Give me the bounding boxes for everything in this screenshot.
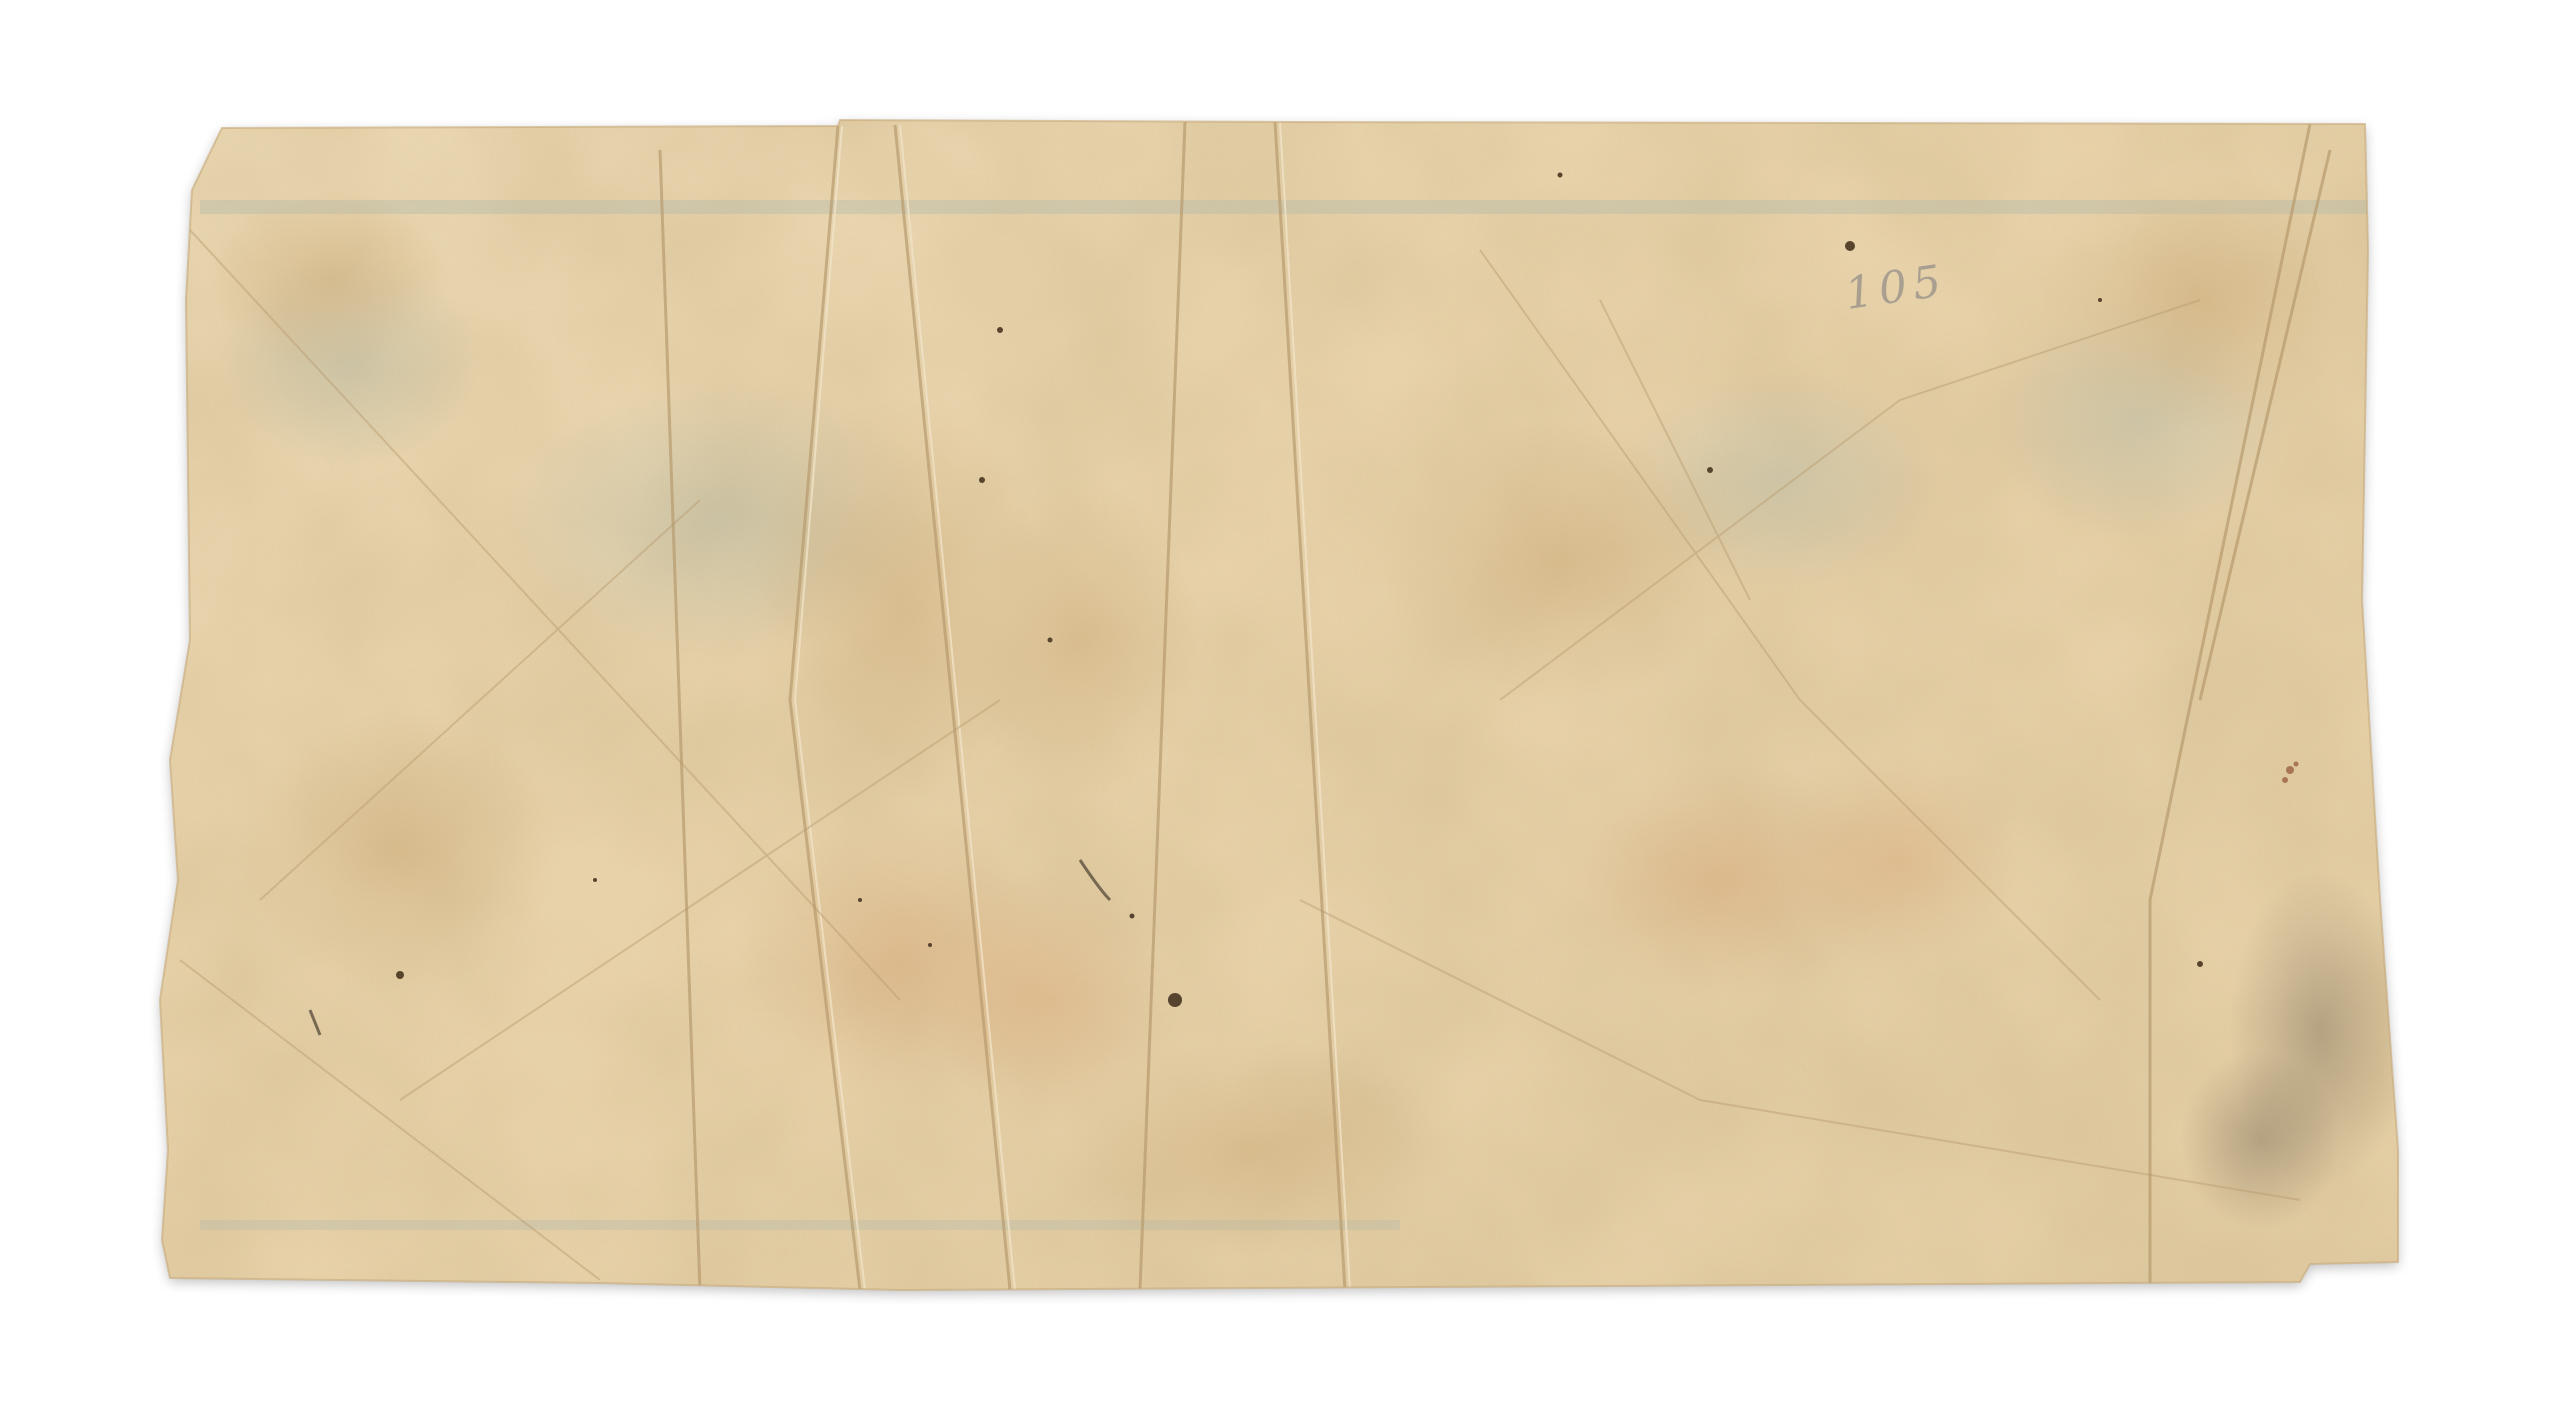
photo-stage: 105 Reverse side of an aged, creased pap… xyxy=(0,0,2560,1418)
aged-paper-note xyxy=(0,0,2560,1418)
